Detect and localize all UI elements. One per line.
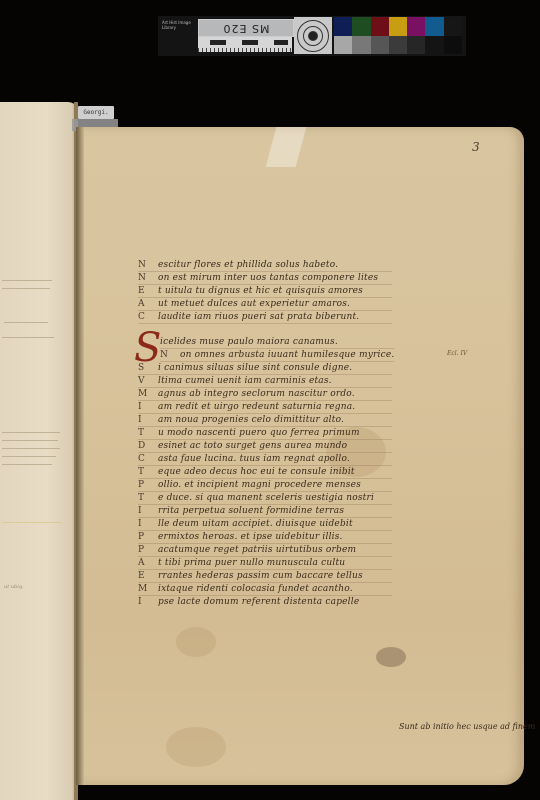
focus-target-disc bbox=[294, 17, 332, 54]
text-line: Casta faue lucina. tuus iam regnat apoll… bbox=[138, 453, 388, 466]
swatch-gray-3 bbox=[371, 36, 389, 55]
color-calibration-target: Art Hist Image Library MS E20 bbox=[158, 16, 466, 56]
folio-number: 3 bbox=[472, 140, 480, 154]
text-line: icelides muse paulo maiora canamus. bbox=[160, 336, 390, 349]
text-line: Tu modo nascenti puero quo ferrea primum bbox=[138, 427, 388, 440]
text-line: Et uitula tu dignus et hic et quisquis a… bbox=[138, 285, 388, 298]
text-line: Irrita perpetua soluent formidine terras bbox=[138, 505, 388, 518]
swatch-gray-1 bbox=[334, 36, 352, 55]
text-line: Nescitur flores et phillida solus habeto… bbox=[138, 259, 388, 272]
color-swatches bbox=[334, 17, 462, 54]
text-line: Desinet ac toto surget gens aurea mundo bbox=[138, 440, 388, 453]
text-line: Non omnes arbusta iuuant humilesque myri… bbox=[160, 349, 390, 362]
text-line: Aut metuet dulces aut experietur amaros. bbox=[138, 298, 388, 311]
text-line: Pollio. et incipient magni procedere men… bbox=[138, 479, 388, 492]
swatch-black bbox=[444, 17, 462, 36]
text-line: Magnus ab integro seclorum nascitur ordo… bbox=[138, 388, 388, 401]
text-line: Teque adeo decus hoc eui te consule inib… bbox=[138, 466, 388, 479]
left-page-note: ut ubiq. bbox=[4, 584, 24, 590]
text-line: Si canimus siluas silue sint consule dig… bbox=[138, 362, 388, 375]
text-line: Vltima cumei uenit iam carminis etas. bbox=[138, 375, 388, 388]
swatch-gray-5 bbox=[407, 36, 425, 55]
swatch-magenta bbox=[407, 17, 425, 36]
ms-shelfmark-label: MS E20 bbox=[198, 19, 294, 37]
swatch-green bbox=[352, 17, 370, 36]
text-line: Te duce. si qua manent sceleris uestigia… bbox=[138, 492, 388, 505]
swatch-yellow bbox=[389, 17, 407, 36]
text-line: Ille deum uitam accipiet. diuisque uideb… bbox=[138, 518, 388, 531]
margin-note: Ecl. IV bbox=[447, 350, 467, 357]
swatch-gray-2 bbox=[352, 36, 370, 55]
target-small-label: Art Hist Image Library bbox=[162, 20, 194, 30]
text-line: Claudite iam riuos pueri sat prata biber… bbox=[138, 311, 388, 324]
swatch-gray-4 bbox=[389, 36, 407, 55]
text-line: Iam noua progenies celo dimittitur alto. bbox=[138, 414, 388, 427]
swatch-gray-7 bbox=[444, 36, 462, 55]
scale-ruler bbox=[198, 37, 292, 52]
bookmark-tab: Georgi. bbox=[78, 106, 114, 119]
text-line: Permixtos heroas. et ipse uidebitur illi… bbox=[138, 531, 388, 544]
text-line: At tibi prima puer nullo munuscula cultu bbox=[138, 557, 388, 570]
text-line: Errantes hederas passim cum baccare tell… bbox=[138, 570, 388, 583]
text-line: Pacatumque reget patriis uirtutibus orbe… bbox=[138, 544, 388, 557]
text-line: Iam redit et uirgo redeunt saturnia regn… bbox=[138, 401, 388, 414]
swatch-blue bbox=[334, 17, 352, 36]
text-line: Non est mirum inter uos tantas componere… bbox=[138, 272, 388, 285]
swatch-cyan bbox=[425, 17, 443, 36]
text-line: Ipse lacte domum referent distenta capel… bbox=[138, 596, 388, 609]
left-page bbox=[0, 102, 78, 800]
swatch-gray-6 bbox=[425, 36, 443, 55]
footer-annotation: Sunt ab initio hec usque ad finem bbox=[399, 722, 535, 731]
text-line: Mixtaque ridenti colocasia fundet acanth… bbox=[138, 583, 388, 596]
swatch-red bbox=[371, 17, 389, 36]
